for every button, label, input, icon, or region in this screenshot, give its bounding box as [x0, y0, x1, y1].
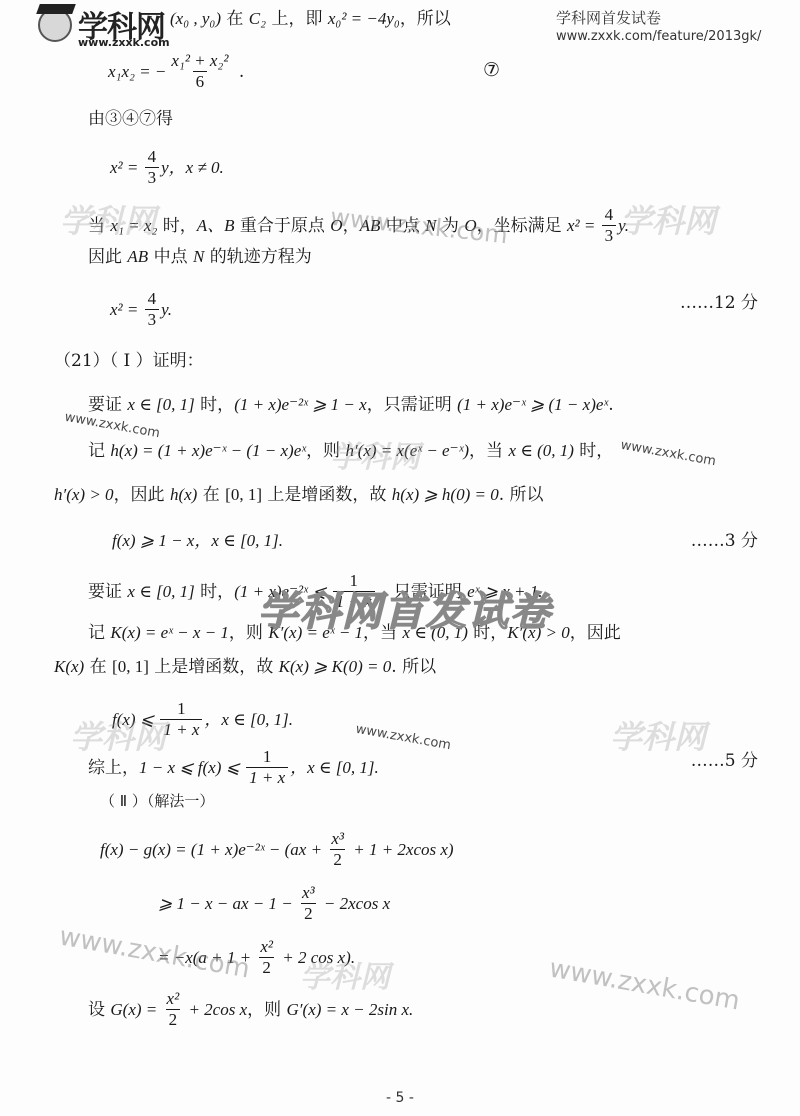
text-line-10: 记 h(x) = (1 + x)e⁻ˣ − (1 − x)eˣ，则 h′(x) … — [88, 440, 613, 462]
fraction: x²2 — [164, 989, 183, 1030]
text-line-1: (x₀ , y₀) 在 C₂ 上，即 x₀² = −4y₀，所以 — [170, 8, 451, 30]
equation-line-12: f(x) ⩾ 1 − x，x ∈ [0, 1]. — [112, 530, 283, 552]
text-line-17: 综上，1 − x ⩽ f(x) ⩽ 11 + x，x ∈ [0, 1]. — [88, 748, 379, 789]
watermark-logo: 学科网 — [620, 196, 716, 242]
equation-line-4: x² = 43y，x ≠ 0. — [110, 148, 224, 189]
fraction: x³2 — [299, 883, 318, 924]
equation-line-21: = −x(a + 1 + x²2 + 2 cos x). — [158, 938, 355, 979]
logo-url: www.zxxk.com — [78, 36, 170, 49]
section-heading-ii: （ Ⅱ ）（解法一） — [100, 790, 214, 812]
fraction: x²2 — [257, 937, 276, 978]
watermark-url: www.zxxk.com — [619, 438, 717, 470]
fraction: x³2 — [328, 829, 347, 870]
section-heading-21-i: （21）（ Ⅰ ）证明： — [54, 350, 204, 372]
fraction: 43 — [602, 205, 617, 246]
score-12: ……12 分 — [680, 292, 758, 314]
fraction: 43 — [145, 289, 160, 330]
fraction: 43 — [145, 147, 160, 188]
equation-tag-7: ⑦ — [483, 59, 500, 81]
text-line-22: 设 G(x) = x²2 + 2cos x，则 G′(x) = x − 2sin… — [88, 990, 413, 1031]
fraction: 11 + x — [246, 747, 288, 788]
text-line-9: 要证 x ∈ [0, 1] 时，(1 + x)e⁻²ˣ ⩾ 1 − x，只需证明… — [88, 394, 614, 416]
score-5: ……5 分 — [691, 750, 758, 772]
equation-line-7: x² = 43y. — [110, 290, 172, 331]
text-line-13: 要证 x ∈ [0, 1] 时，(1 + x)e⁻²ˣ ⩽ 11 + x，只需证… — [88, 572, 542, 613]
fraction: 11 + x — [160, 699, 202, 740]
score-3: ……3 分 — [691, 530, 758, 552]
header-right: 学科网首发试卷 www.zxxk.com/feature/2013gk/ — [556, 8, 761, 46]
fraction: 11 + x — [333, 571, 375, 612]
text-line-3: 由③④⑦得 — [88, 108, 173, 130]
text-line-15: K(x) 在 [0, 1] 上是增函数，故 K(x) ⩾ K(0) = 0. 所… — [54, 656, 436, 678]
equation-line-16: f(x) ⩽ 11 + x，x ∈ [0, 1]. — [112, 700, 293, 741]
document-page: 学科网 www.zxxk.com 学科网首发试卷 www.zxxk.com/fe… — [0, 0, 800, 1116]
text-line-6: 因此 AB 中点 N 的轨迹方程为 — [88, 246, 312, 268]
header-title: 学科网首发试卷 — [556, 8, 761, 28]
text-line-5: 当 x₁ = x₂ 时，A、B 重合于原点 O，AB 中点 N 为 O，坐标满足… — [88, 206, 629, 247]
watermark-url: www.zxxk.com — [547, 953, 742, 1016]
text-line-14: 记 K(x) = eˣ − x − 1，则 K′(x) = eˣ − 1，当 x… — [88, 622, 621, 644]
equation-line-19: f(x) − g(x) = (1 + x)e⁻²ˣ − (ax + x³2 + … — [100, 830, 454, 871]
header-url: www.zxxk.com/feature/2013gk/ — [556, 28, 761, 46]
equation-line-2: x₁x₂ = −x₁² + x₂²6 . — [108, 52, 244, 93]
site-logo: 学科网 www.zxxk.com — [30, 2, 190, 58]
equation-line-20: ⩾ 1 − x − ax − 1 − x³2 − 2xcos x — [158, 884, 390, 925]
fraction: x₁² + x₂²6 — [168, 51, 231, 92]
page-number: - 5 - — [0, 1090, 800, 1106]
text-line-11: h′(x) > 0，因此 h(x) 在 [0, 1] 上是增函数，故 h(x) … — [54, 484, 544, 506]
graduation-cap-icon — [36, 4, 76, 14]
